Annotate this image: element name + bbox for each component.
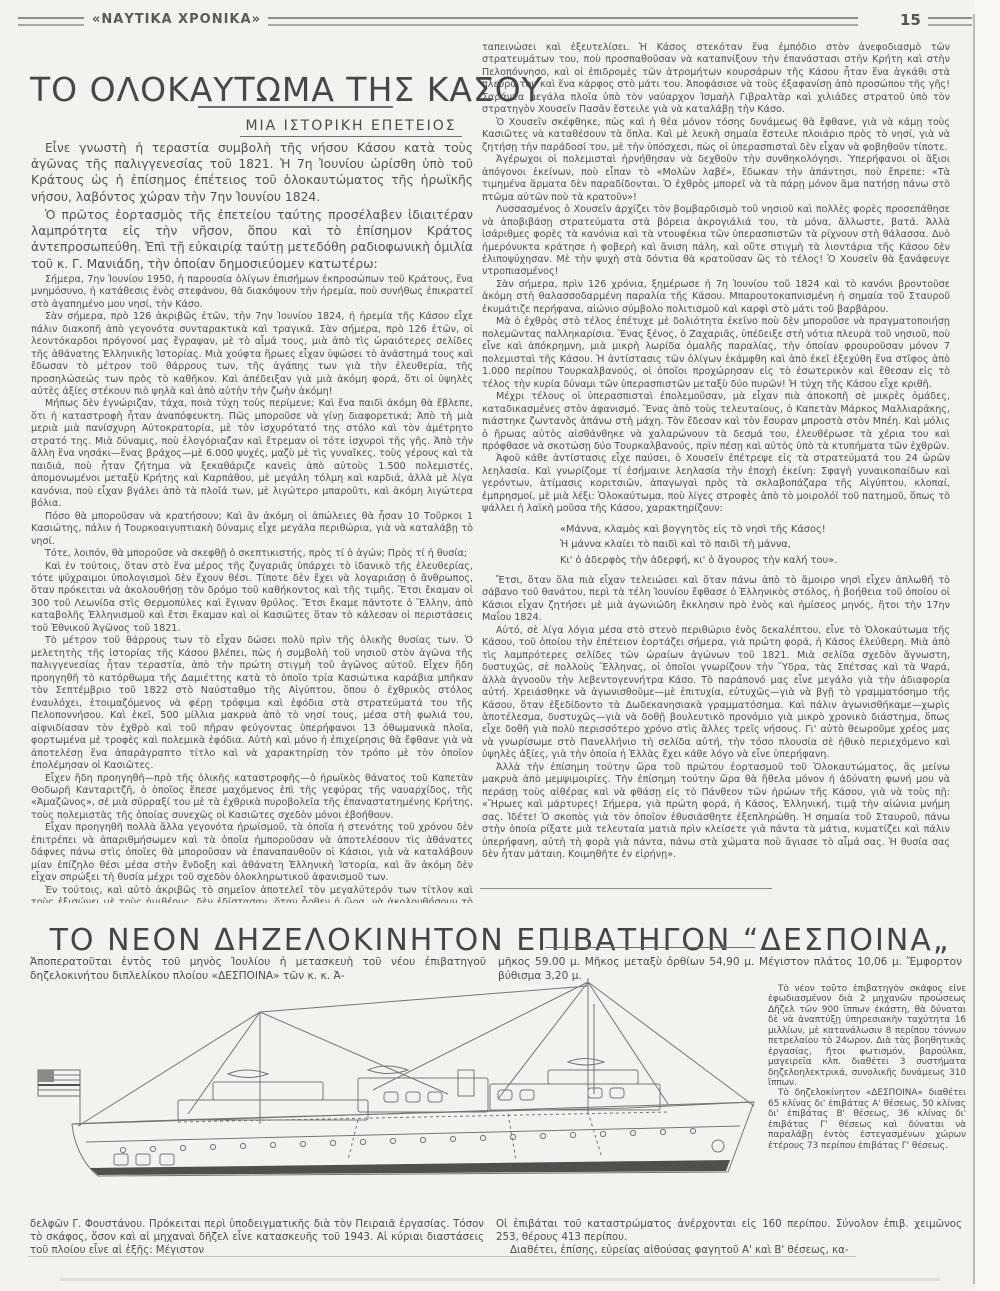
intro-paragraph: Ὁ πρῶτος ἑορτασμὸς τῆς ἐπετείου ταύτης π… <box>31 207 473 272</box>
ship-side-profile-drawing <box>28 974 766 1200</box>
paragraph: Ἀφοῦ κάθε ἀντίστασις εἶχε παύσει, ὁ Χουσ… <box>482 453 950 515</box>
poem-line: Ἡ μάννα κλαίει τὸ παιδὶ καὶ τὸ παιδὶ τὴ … <box>560 537 950 553</box>
folk-lament-poem: «Μάννα, κλαμὸς καὶ βογγητὸς εἰς τὸ νησὶ … <box>560 522 950 569</box>
poem-line: «Μάννα, κλαμὸς καὶ βογγητὸς εἰς τὸ νησὶ … <box>560 522 950 538</box>
article1-title-rule <box>198 106 393 108</box>
paragraph: Καὶ ἐν τούτοις, ὅταν στὸ ἕνα μέρος τῆς ζ… <box>31 561 473 636</box>
header-rule-left <box>18 17 84 26</box>
header-rule-right <box>928 17 972 26</box>
paragraph: ταπεινώσει καὶ ἐξευτελίσει. Ἡ Κάσος στεκ… <box>482 42 950 117</box>
paragraph: Αὐτό, σὲ λίγα λόγια μέσα στὸ στενὸ περιθ… <box>482 625 950 762</box>
paragraph: Ἀλλὰ τὴν ἐπίσημη τούτην ὥρα τοῦ πρώτου ἑ… <box>482 762 950 862</box>
header-rule-middle <box>268 17 858 26</box>
paragraph: Πόσο θὰ μποροῦσαν νὰ κρατήσουν; Καὶ ἂν ἀ… <box>31 511 473 548</box>
paragraph: Ὁ Χουσεῖν σκέφθηκε, πὼς καὶ ἡ θέα μόνον … <box>482 117 950 154</box>
paragraph: Εἶχαν προηγηθῆ πολλὰ ἄλλα γεγονότα ἡρωϊσ… <box>31 822 473 884</box>
paragraph: Εἶχεν ἤδη προηγηθῆ—πρὸ τῆς ὁλικῆς καταστ… <box>31 773 473 823</box>
article2-bottom-right: Οἱ ἐπιβάται τοῦ καταστρώματος ἀνέρχονται… <box>496 1218 962 1260</box>
article-divider-rule <box>480 888 772 889</box>
paragraph: Τὸ μέτρον τοῦ θάρρους των τὸ εἶχαν δώσει… <box>31 635 473 772</box>
paragraph: Λυσσασμένος ὁ Χουσεῖν ἀρχίζει τὸν βομβαρ… <box>482 204 950 279</box>
scan-bottom-shadow <box>60 1278 940 1281</box>
paragraph: Μήπως δὲν ἐγνώριζαν, τάχα, ποιὰ τύχη τοὺ… <box>31 398 473 510</box>
paragraph: Ἐν τούτοις, καὶ αὐτὸ ἀκριβῶς τὸ σημεῖον … <box>31 885 473 903</box>
page-number: 15 <box>900 11 921 29</box>
article1-left-column: Εἶνε γνωστὴ ἡ τεραστία συμβολὴ τῆς νήσου… <box>31 140 473 903</box>
stern-flag <box>38 1070 80 1096</box>
paragraph: Ἔτσι, ὅταν ὅλα πιὰ εἶχαν τελειώσει καὶ ὅ… <box>482 575 950 625</box>
article1-title: ΤΟ ΟΛΟΚΑΥΤΩΜΑ ΤΗΣ ΚΑΣΟΥ <box>30 70 475 109</box>
paragraph: Μέχρι τέλους οἱ ὑπερασπισταὶ ἐπολεμοῦσαν… <box>482 391 950 453</box>
article1-right-column: ταπεινώσει καὶ ἐξευτελίσει. Ἡ Κάσος στεκ… <box>482 42 950 885</box>
paragraph: Τότε, λοιπόν, θὰ μποροῦσε νὰ σκεφθῇ ὁ σκ… <box>31 548 473 560</box>
article2-bottom-left: δελφῶν Γ. Φουστάνου. Πρόκειται περὶ ὑποδ… <box>30 1218 484 1260</box>
portholes <box>120 1128 695 1152</box>
paragraph: Τὸ νέον τοῦτο ἐπιβατηγὸν σκάφος εἶνε ἐφω… <box>768 984 966 1088</box>
poem-line: Κι' ὁ ἀδερφὸς τὴν ἀδερφή, κι' ὁ ἄγουρος … <box>560 553 950 569</box>
masthead-title: «ΝΑΥΤΙΚΑ ΧΡΟΝΙΚΑ» <box>92 12 261 27</box>
paragraph: Τὸ δηζελοκίνητον «ΔΕΣΠΟΙΝΑ» διαθέτει 65 … <box>768 1088 966 1151</box>
ship-illustration <box>28 974 766 1200</box>
article1-subtitle: ΜΙΑ ΙΣΤΟΡΙΚΗ ΕΠΕΤΕΙΟΣ <box>240 118 462 137</box>
paragraph: Σήμερα, 7ην Ἰουνίου 1950, ἡ παρουσία ὀλί… <box>31 274 473 311</box>
intro-paragraph: Εἶνε γνωστὴ ἡ τεραστία συμβολὴ τῆς νήσου… <box>31 140 473 205</box>
article2-title-rule <box>545 947 755 948</box>
magazine-page: { "page": { "masthead": "«ΝΑΥΤΙΚΑ ΧΡΟΝΙΚ… <box>0 0 1000 1291</box>
footer-rule <box>28 1256 856 1257</box>
article2-title: ΤΟ ΝΕΟΝ ΔΗΖΕΛΟΚΙΝΗΤΟΝ ΕΠΙΒΑΤΗΓΟΝ “ΔΕΣΠΟΙ… <box>40 923 960 958</box>
paragraph: Ἀγέρωχοι οἱ πολεμισταὶ ἠρνήθησαν νὰ δεχθ… <box>482 154 950 204</box>
paragraph: Μὰ ὁ ἐχθρὸς στὸ τέλος ἐπέτυχε μὲ δολιότη… <box>482 316 950 391</box>
paragraph: Οἱ ἐπιβάται τοῦ καταστρώματος ἀνέρχονται… <box>496 1218 962 1244</box>
paragraph: δελφῶν Γ. Φουστάνου. Πρόκειται περὶ ὑποδ… <box>30 1218 484 1257</box>
article2-side-column: Τὸ νέον τοῦτο ἐπιβατηγὸν σκάφος εἶνε ἐφω… <box>768 984 966 1218</box>
paragraph: Σὰν σήμερα, πρὶν 126 χρόνια, ξημέρωσε ἡ … <box>482 279 950 316</box>
scan-margin <box>975 0 1000 1291</box>
paragraph: Σὰν σήμερα, πρὸ 126 ἀκριβῶς ἐτῶν, τὴν 7η… <box>31 311 473 398</box>
